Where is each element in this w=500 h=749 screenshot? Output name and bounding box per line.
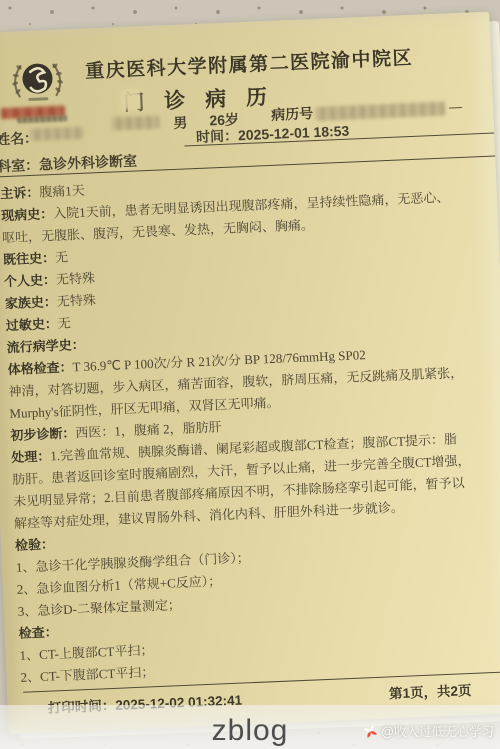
record-line-label: 处理：	[11, 448, 51, 465]
record-line-text: 西医：1，腹痛 2，脂肪肝	[75, 419, 222, 440]
record-line-text: 无特殊	[56, 270, 96, 287]
visit-time-label: 时间：	[196, 127, 239, 145]
page-indicator: 第1页，共2页	[389, 679, 472, 702]
record-line-label: 检验：	[15, 536, 55, 553]
record-line-text: 3、急诊D-二聚体定量测定；	[17, 597, 181, 619]
record-line-text: 1、CT-上腹部CT平扫；	[19, 642, 153, 663]
record-line-text: 2、CT-下腹部CT平扫；	[20, 664, 154, 685]
medical-record-page: 重庆医科大学附属第二医院渝中院区 门 诊 病 历 男 26岁 病历号 — 姓名：…	[0, 12, 500, 735]
name-field-redacted	[30, 127, 84, 141]
record-lines: 主诉：腹痛1天现病史：入院1天前，患者无明显诱因出现腹部疼痛，呈持续性隐痛，无恶…	[0, 163, 500, 689]
record-line-text: 无特殊	[57, 292, 97, 309]
record-line-text: 腹痛1天	[39, 183, 85, 200]
record-number-suffix: —	[449, 99, 463, 115]
social-watermark: @收入过低无心学习	[363, 722, 494, 740]
record-line-label: 过敏史：	[5, 316, 58, 333]
record-line-label: 流行病学史：	[6, 337, 85, 355]
document-title: 门 诊 病 历	[123, 81, 275, 117]
hospital-name: 重庆医科大学附属第二医院渝中院区	[85, 43, 414, 84]
patient-name-redacted	[111, 116, 160, 131]
record-line-label: 初步诊断：	[10, 425, 76, 443]
record-line-label: 体格检查：	[7, 359, 73, 377]
title-censor-patch	[120, 88, 141, 111]
record-line-label: 个人史：	[4, 272, 57, 289]
department-label: 科室：	[0, 157, 39, 175]
record-line-label: 家族史：	[5, 294, 58, 311]
bottom-watermark-bar: zblog @收入过低无心学习	[0, 705, 500, 749]
record-line-label: 主诉：	[0, 185, 40, 202]
record-line-label: 既往史：	[3, 250, 56, 267]
photo-of-medical-record: 重庆医科大学附属第二医院渝中院区 门 诊 病 历 男 26岁 病历号 — 姓名：…	[0, 0, 500, 749]
emblem-caption-redacted	[17, 115, 67, 123]
record-line-label: 现病史：	[1, 206, 54, 223]
record-line-text: 无	[57, 315, 71, 331]
social-watermark-icon	[363, 724, 378, 739]
patient-sex: 男	[173, 112, 188, 133]
record-line-label: 检查：	[18, 624, 58, 641]
department-value: 急诊外科诊断室	[39, 153, 138, 173]
social-watermark-text: @收入过低无心学习	[381, 722, 494, 740]
record-line-text: 2、急诊血图分析1（常规+C反应）；	[17, 573, 222, 597]
record-line-text: 无	[55, 249, 69, 265]
record-number-redacted	[315, 102, 445, 121]
